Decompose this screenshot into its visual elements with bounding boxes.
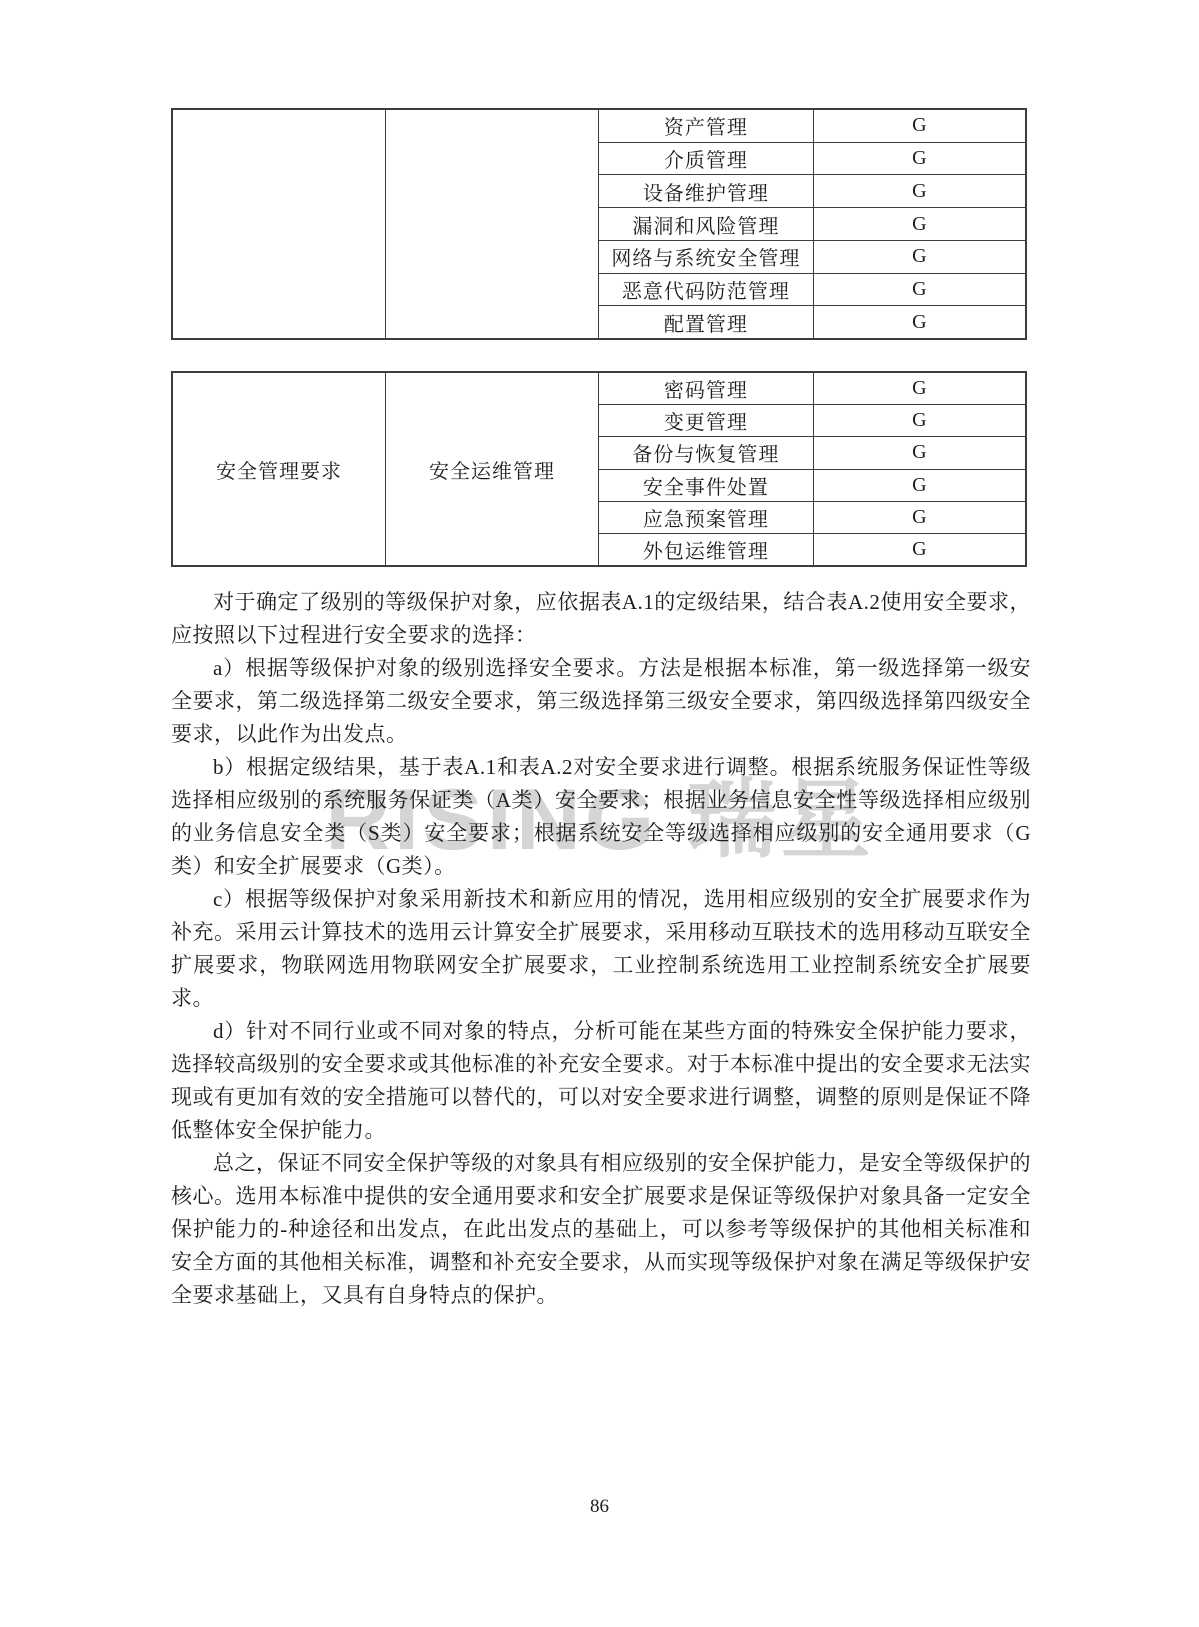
control-name-cell: 介质管理 xyxy=(599,143,814,175)
requirement-class-cell: G xyxy=(814,373,1025,404)
requirement-class-cell: G xyxy=(814,502,1025,533)
table-row: 备份与恢复管理 G xyxy=(599,437,1025,469)
control-name-cell: 外包运维管理 xyxy=(599,534,814,565)
table-row: 资产管理 G xyxy=(599,110,1025,143)
table-row: 变更管理 G xyxy=(599,405,1025,437)
control-name-cell: 安全事件处置 xyxy=(599,470,814,501)
requirement-class-cell: G xyxy=(814,175,1025,207)
paragraph: 对于确定了级别的等级保护对象，应依据表A.1的定级结果，结合表A.2使用安全要求… xyxy=(171,586,1031,652)
subcategory-cell: 安全运维管理 xyxy=(386,373,599,565)
table-row: 介质管理 G xyxy=(599,143,1025,176)
security-management-table: 安全管理要求 安全运维管理 密码管理 G 变更管理 G 备份与恢复管理 G xyxy=(171,371,1027,567)
table-row: 设备维护管理 G xyxy=(599,175,1025,208)
requirement-class-cell: G xyxy=(814,534,1025,565)
control-name-cell: 漏洞和风险管理 xyxy=(599,208,814,240)
control-name-cell: 备份与恢复管理 xyxy=(599,437,814,468)
control-name-cell: 设备维护管理 xyxy=(599,175,814,207)
table-rows: 资产管理 G 介质管理 G 设备维护管理 G 漏洞和风险管理 G xyxy=(599,110,1025,338)
table-row: 网络与系统安全管理 G xyxy=(599,241,1025,274)
requirement-class-cell: G xyxy=(814,274,1025,306)
paragraph: a）根据等级保护对象的级别选择安全要求。方法是根据本标准，第一级选择第一级安全要… xyxy=(171,652,1031,751)
table-row: 安全事件处置 G xyxy=(599,470,1025,502)
table-rows: 密码管理 G 变更管理 G 备份与恢复管理 G 安全事件处置 G xyxy=(599,373,1025,565)
requirement-class-cell: G xyxy=(814,306,1025,338)
requirement-class-cell: G xyxy=(814,110,1025,142)
control-name-cell: 变更管理 xyxy=(599,405,814,436)
control-name-cell: 密码管理 xyxy=(599,373,814,404)
table-row: 密码管理 G xyxy=(599,373,1025,405)
table-row: 应急预案管理 G xyxy=(599,502,1025,534)
table-row: 外包运维管理 G xyxy=(599,534,1025,565)
subcategory-cell xyxy=(386,110,599,338)
category-cell xyxy=(173,110,386,338)
table-row: 漏洞和风险管理 G xyxy=(599,208,1025,241)
paragraph: c）根据等级保护对象采用新技术和新应用的情况，选用相应级别的安全扩展要求作为补充… xyxy=(171,883,1031,1015)
table-row: 配置管理 G xyxy=(599,306,1025,338)
body-text: 对于确定了级别的等级保护对象，应依据表A.1的定级结果，结合表A.2使用安全要求… xyxy=(171,586,1031,1312)
control-name-cell: 应急预案管理 xyxy=(599,502,814,533)
security-management-table-continued: 资产管理 G 介质管理 G 设备维护管理 G 漏洞和风险管理 G xyxy=(171,108,1027,340)
document-page: RISING 瑞星 资产管理 G 介质管理 G 设备维护管理 G xyxy=(0,0,1199,1627)
category-cell: 安全管理要求 xyxy=(173,373,386,565)
paragraph: d）针对不同行业或不同对象的特点，分析可能在某些方面的特殊安全保护能力要求，选择… xyxy=(171,1015,1031,1147)
page-number: 86 xyxy=(0,1496,1199,1518)
control-name-cell: 网络与系统安全管理 xyxy=(599,241,814,273)
requirement-class-cell: G xyxy=(814,143,1025,175)
requirement-class-cell: G xyxy=(814,241,1025,273)
paragraph: b）根据定级结果，基于表A.1和表A.2对安全要求进行调整。根据系统服务保证性等… xyxy=(171,751,1031,883)
requirement-class-cell: G xyxy=(814,437,1025,468)
requirement-class-cell: G xyxy=(814,405,1025,436)
control-name-cell: 资产管理 xyxy=(599,110,814,142)
requirement-class-cell: G xyxy=(814,470,1025,501)
control-name-cell: 恶意代码防范管理 xyxy=(599,274,814,306)
control-name-cell: 配置管理 xyxy=(599,306,814,338)
table-row: 恶意代码防范管理 G xyxy=(599,274,1025,307)
paragraph: 总之，保证不同安全保护等级的对象具有相应级别的安全保护能力，是安全等级保护的核心… xyxy=(171,1147,1031,1312)
requirement-class-cell: G xyxy=(814,208,1025,240)
